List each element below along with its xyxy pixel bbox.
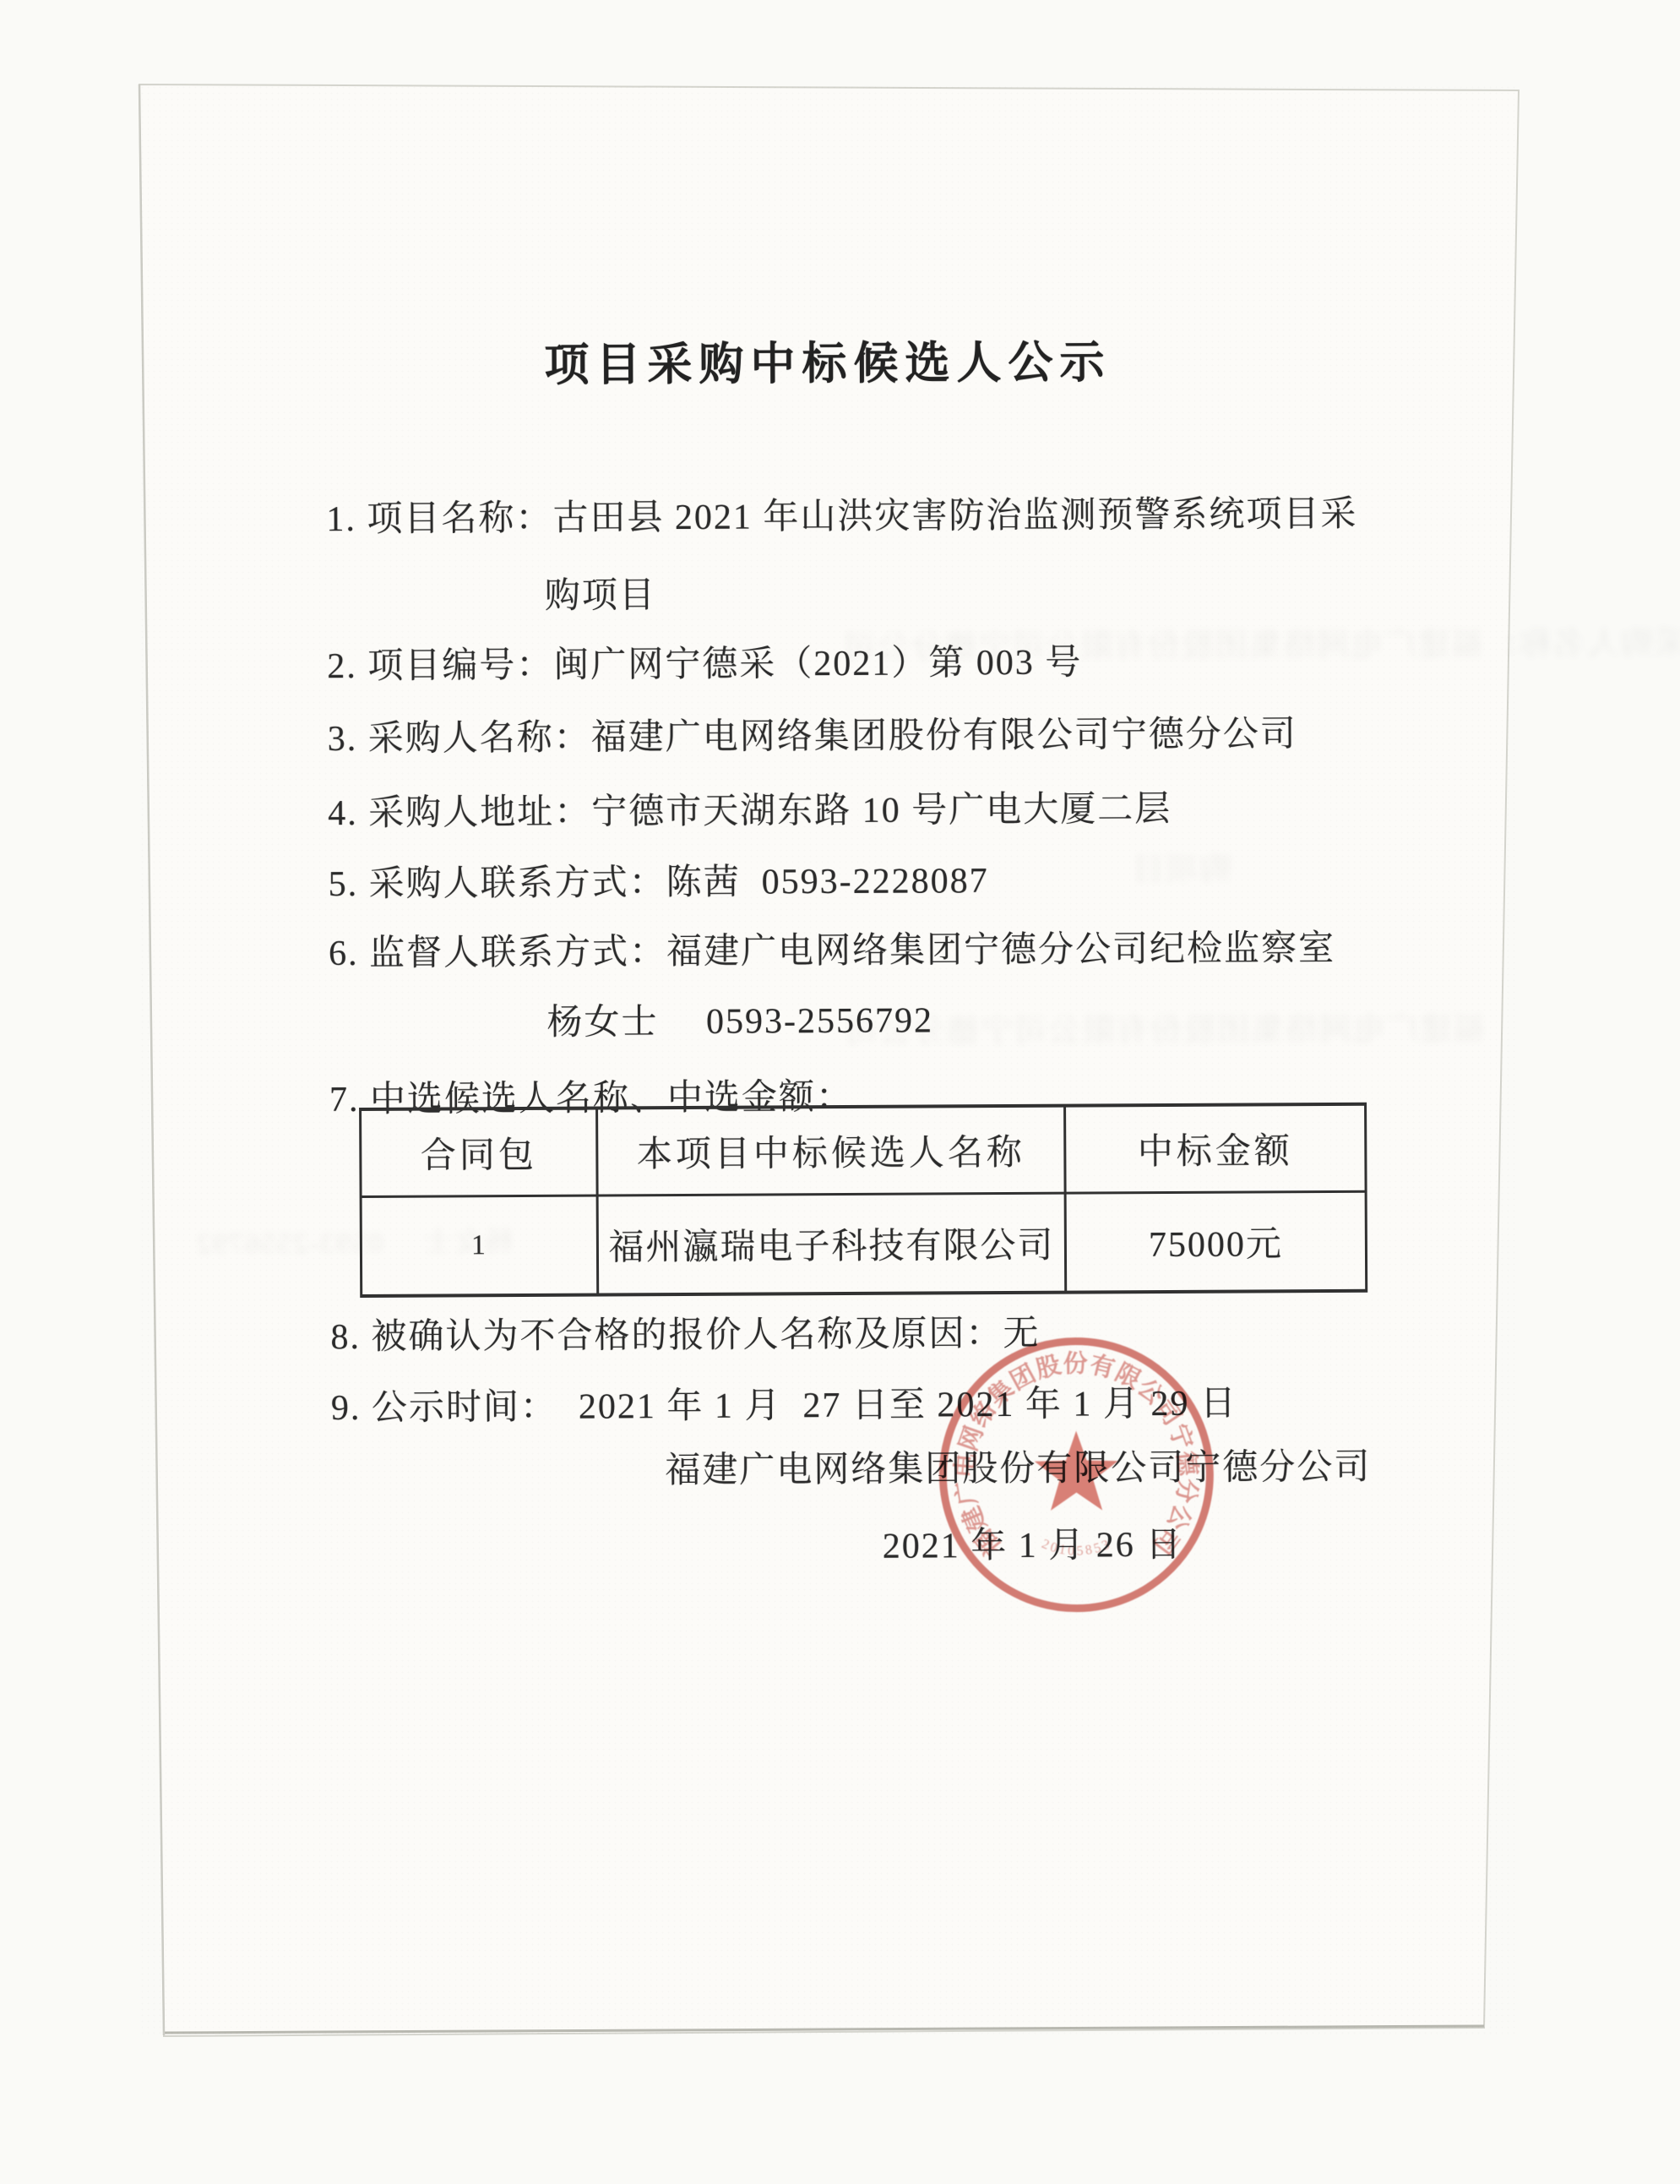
cell-contract-package: 1 — [361, 1195, 598, 1296]
winning-candidate-table: 合同包 本项目中标候选人名称 中标金额 1 福州瀛瑞电子科技有限公司 75000… — [359, 1103, 1367, 1298]
cell-award-amount: 75000元 — [1065, 1191, 1367, 1292]
item-2-project-number: 2. 项目编号：闽广网宁德采（2021）第 003 号 — [327, 635, 1082, 689]
table-row: 1 福州瀛瑞电子科技有限公司 75000元 — [361, 1191, 1367, 1296]
document-content: 3. 采购人名称：福建广电网络集团股份有限公司宁德分公司 购项目 福建广电网络集… — [0, 0, 1680, 2184]
bleedthrough-ghost-text: 福建广电网络集团股份有限公司宁德分公司 — [844, 1002, 1486, 1052]
item-5-purchaser-contact: 5. 采购人联系方式：陈茜 0593-2228087 — [328, 852, 988, 907]
item-1-continuation: 购项目 — [545, 567, 656, 618]
col-header-award-amount: 中标金额 — [1065, 1104, 1367, 1193]
item-3-purchaser-name: 3. 采购人名称：福建广电网络集团股份有限公司宁德分公司 — [328, 705, 1297, 761]
seal-serial-number: 20105853 — [1040, 1537, 1114, 1559]
table-header-row: 合同包 本项目中标候选人名称 中标金额 — [361, 1104, 1367, 1197]
item-1-project-name: 1. 项目名称：古田县 2021 年山洪灾害防治监测预警系统项目采 — [326, 486, 1357, 542]
seal-star-icon — [1035, 1430, 1118, 1511]
scanned-document-page: 3. 采购人名称：福建广电网络集团股份有限公司宁德分公司 购项目 福建广电网络集… — [0, 0, 1680, 2184]
col-header-contract-package: 合同包 — [361, 1108, 598, 1197]
official-seal: 福建广电网络集团股份有限公司宁德分公司 20105853 — [932, 1331, 1221, 1620]
item-6-continuation: 杨女士 0593-2556792 — [546, 992, 933, 1044]
cell-candidate-name: 福州瀛瑞电子科技有限公司 — [597, 1193, 1066, 1294]
item-4-purchaser-address: 4. 采购人地址：宁德市天湖东路 10 号广电大厦二层 — [328, 781, 1172, 836]
page-title: 项目采购中标候选人公示 — [0, 324, 1660, 396]
bleedthrough-ghost-text: 购项目 — [1130, 843, 1231, 890]
col-header-candidate-name: 本项目中标候选人名称 — [597, 1106, 1066, 1195]
item-6-supervisor-contact: 6. 监督人联系方式：福建广电网络集团宁德分公司纪检监察室 — [329, 920, 1335, 976]
